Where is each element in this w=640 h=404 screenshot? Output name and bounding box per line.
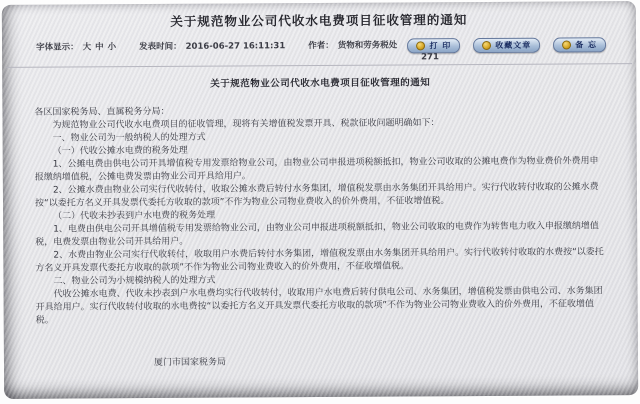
font-size-small[interactable]: 小: [108, 42, 117, 52]
font-size-medium[interactable]: 中: [95, 42, 104, 52]
note-icon: [562, 40, 571, 49]
font-size-large[interactable]: 大: [83, 42, 92, 52]
printer-icon: [416, 41, 425, 50]
publish-time-label: 发表时间：: [139, 42, 182, 52]
print-button[interactable]: 打 印: [407, 38, 460, 53]
article-meta: 字体显示：大中小 发表时间：2016-06-27 16:11:31 作者：货物和…: [36, 38, 467, 53]
hits-count: 271: [421, 52, 439, 62]
favorite-article-button[interactable]: 收藏文章: [473, 38, 540, 53]
page-title: 关于规范物业公司代收水电费项目征收管理的通知: [2, 9, 636, 31]
document-photo: 关于规范物业公司代收水电费项目征收管理的通知 字体显示：大中小 发表时间：201…: [2, 1, 638, 399]
action-buttons: 打 印 收藏文章 备 忘: [407, 37, 606, 53]
issuing-authority: 厦门市国家税务局: [154, 354, 608, 370]
document-title: 关于规范物业公司代收水电费项目征收管理的通知: [34, 75, 606, 91]
paragraph: 1、公摊电费由供电公司开具增值税专用发票给物业公司，由物业公司申报进项税额抵扣，…: [35, 155, 607, 184]
author-label: 作者：: [308, 41, 334, 51]
document-body: 关于规范物业公司代收水电费项目征收管理的通知 各区国家税务局、直属税务分局： 为…: [2, 65, 638, 371]
author-value: 货物和劳务税处: [338, 41, 398, 51]
font-size-control: 字体显示：大中小: [36, 42, 120, 53]
paragraph: 2、水费由物业公司实行代收转付，收取用户水费后转付水务集团，增值税发票由水务集团…: [35, 246, 607, 275]
print-button-label: 打 印: [429, 40, 451, 51]
star-icon: [482, 41, 491, 50]
memo-button-label: 备 忘: [575, 39, 597, 50]
paragraph: 代收公摊水电费、代收未抄表到户水电费均实行代收转付，收取用户水电费后转付供电公司…: [36, 285, 608, 327]
publish-time-value: 2016-06-27 16:11:31: [186, 41, 286, 52]
favorite-article-button-label: 收藏文章: [495, 40, 531, 51]
author: 作者：货物和劳务税处: [308, 41, 401, 52]
memo-button[interactable]: 备 忘: [553, 37, 606, 52]
publish-time: 发表时间：2016-06-27 16:11:31: [139, 41, 289, 52]
paragraph: 2、公摊水费由物业公司实行代收转付，收取公摊水费后转付水务集团，增值税发票由水务…: [35, 181, 607, 210]
article-header: 关于规范物业公司代收水电费项目征收管理的通知 字体显示：大中小 发表时间：201…: [2, 1, 636, 69]
font-size-label: 字体显示：: [36, 42, 79, 52]
paragraph: 1、电费由供电公司开具增值税专用发票给物业公司，由物业公司申报进项税额抵扣，物业…: [35, 220, 607, 249]
